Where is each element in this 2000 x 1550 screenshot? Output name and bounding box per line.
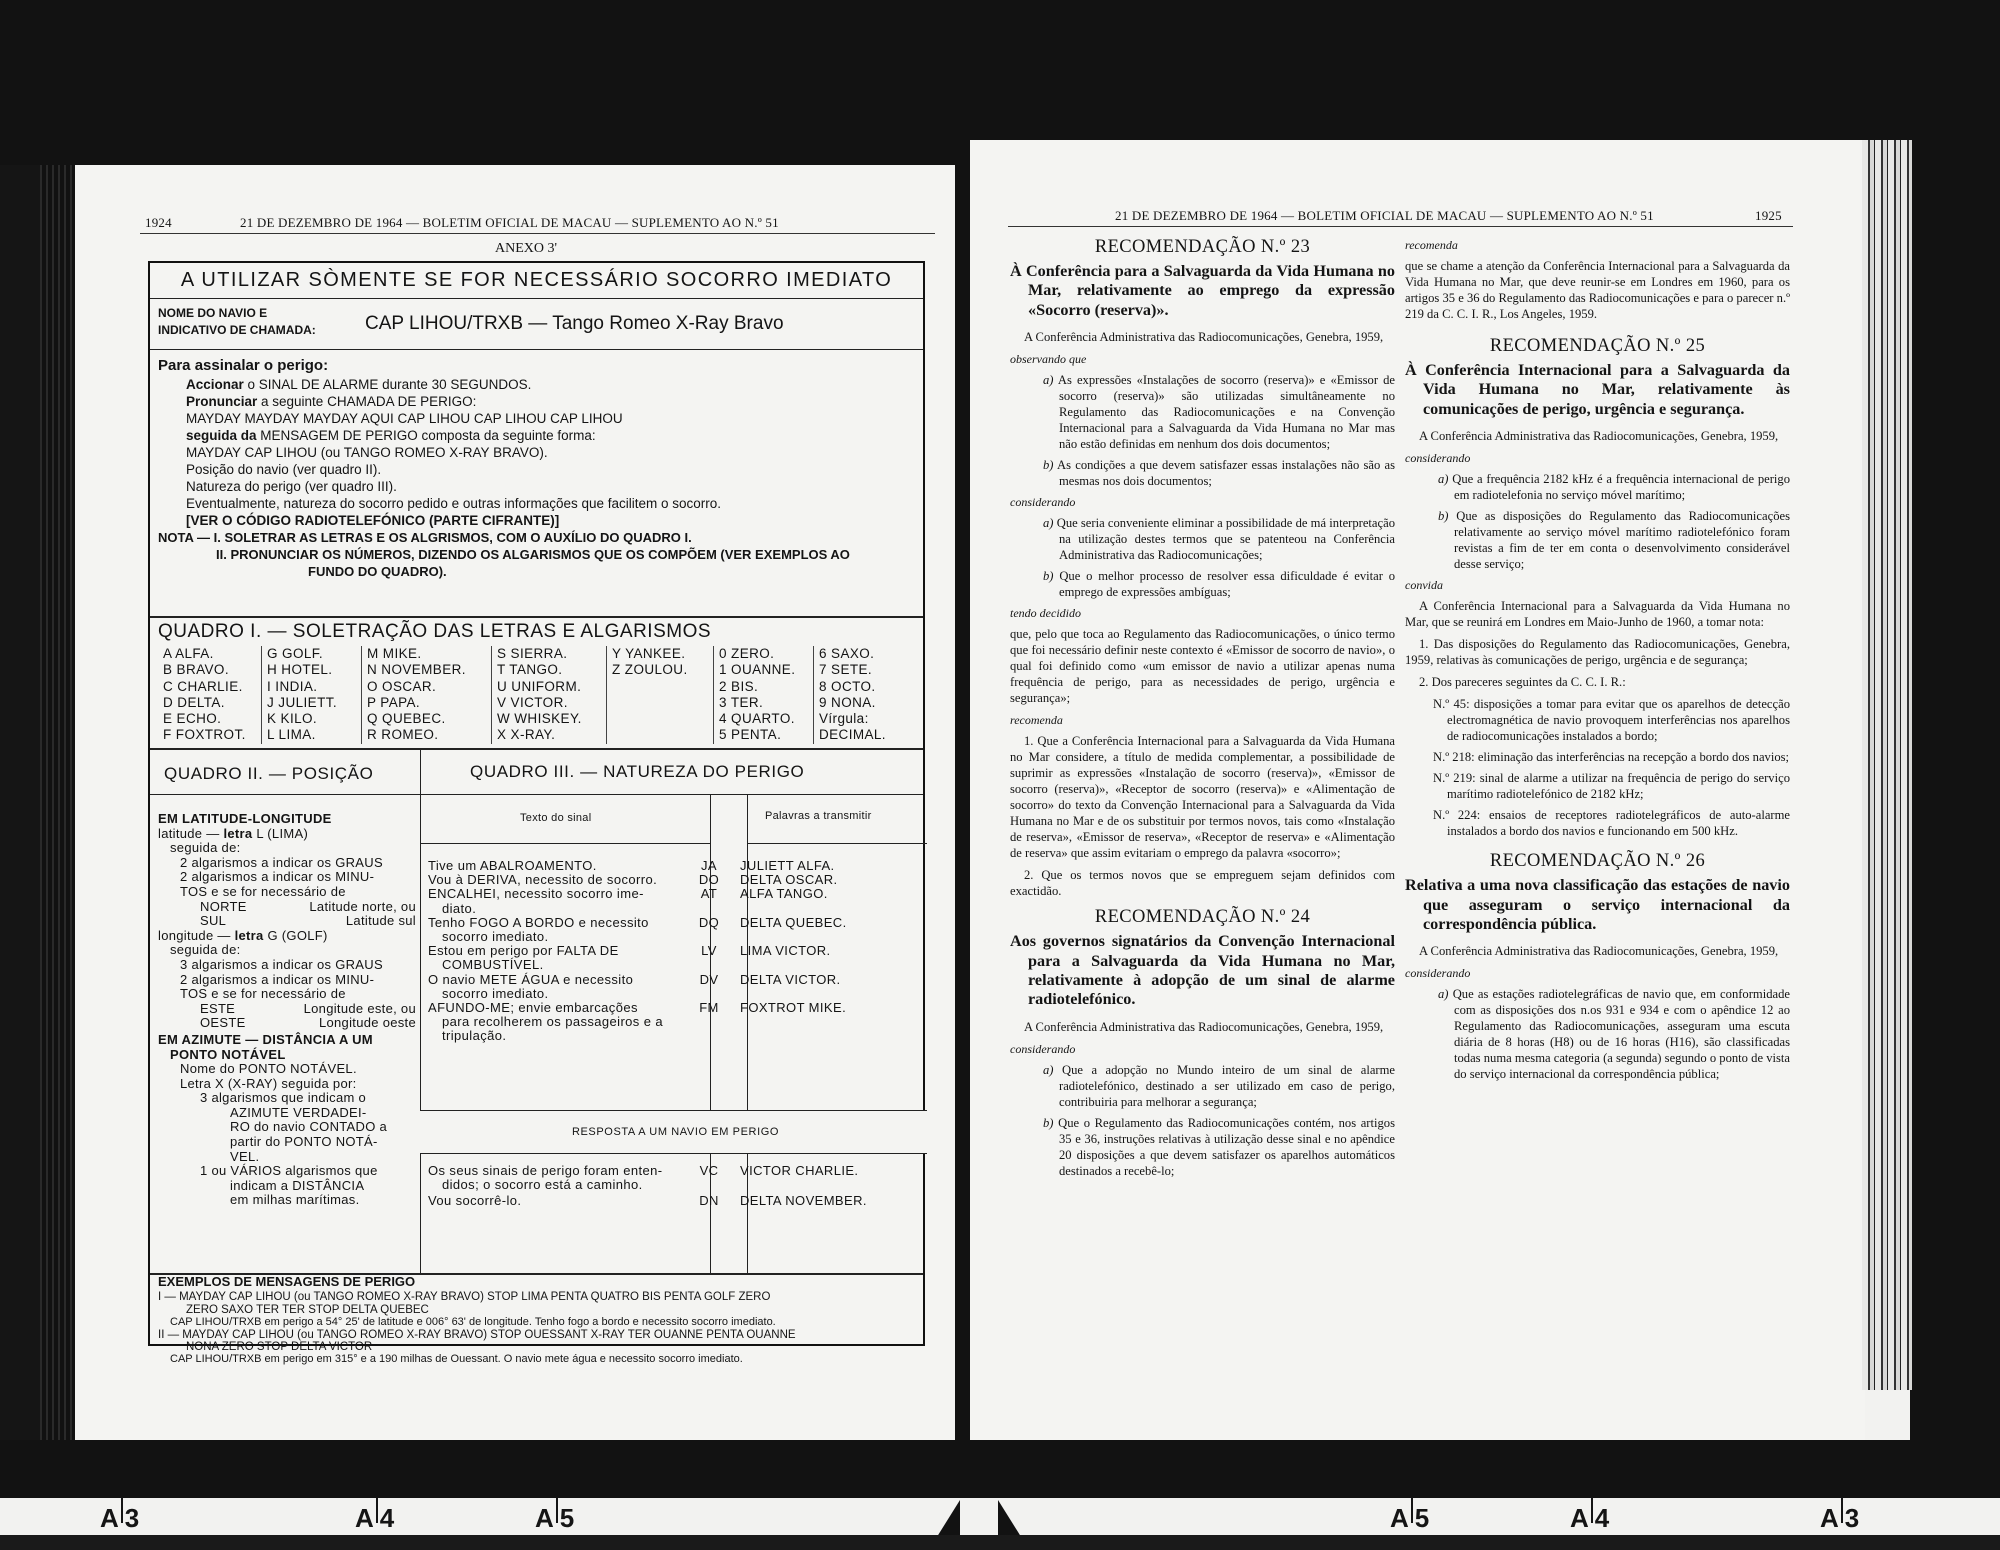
rec-25-title: À Conferência Internacional para a Salva…	[1405, 361, 1790, 419]
instruction-line: Posição do navio (ver quadro II).	[158, 461, 923, 478]
azimute-line: Letra X (X-RAY) seguida por:	[158, 1077, 416, 1092]
long-minutes: 2 algarismos a indicar os MINU-	[158, 973, 416, 988]
spine-gap	[962, 1498, 978, 1540]
tendo-decidido-label: tendo decidido	[1010, 605, 1395, 621]
right-running-head: 21 DE DEZEMBRO DE 1964 — BOLETIM OFICIAL…	[1115, 208, 1654, 224]
header-rule	[1008, 226, 1793, 227]
ship-label-line-2: INDICATIVO DE CHAMADA:	[158, 322, 316, 339]
este-row: ESTELongitude este, ou	[158, 1002, 416, 1017]
consideration-a: a) Que a frequência 2182 kHz é a frequên…	[1405, 471, 1790, 503]
instruction-line: [VER O CÓDIGO RADIOTELEFÓNICO (PARTE CIF…	[158, 512, 923, 529]
long-degrees: 3 algarismos a indicar os GRAUS	[158, 958, 416, 973]
signal-row: Vou à DERIVA, necessito de socorro.DODEL…	[428, 873, 923, 887]
rec-26-title: Relativa a uma nova classificação das es…	[1405, 876, 1790, 934]
spelling-column: A ALFA.B BRAVO.C CHARLIE.D DELTA.E ECHO.…	[158, 646, 262, 744]
response-heading: RESPOSTA A UM NAVIO EM PERIGO	[428, 1126, 923, 1138]
rec-24-number: RECOMENDAÇÃO N.º 24	[1010, 909, 1395, 925]
parecer-45: N.º 45: disposições a tomar para evitar …	[1405, 696, 1790, 744]
header-rule	[140, 233, 935, 234]
latlong-heading: EM LATITUDE-LONGITUDE	[158, 812, 416, 827]
recommendation-24-cont: recomenda que se chame a atenção da Conf…	[1405, 237, 1790, 322]
right-page: 21 DE DEZEMBRO DE 1964 — BOLETIM OFICIAL…	[970, 140, 1865, 1440]
annex-title: ANEXO 3'	[495, 241, 557, 257]
azimute-heading-cont: PONTO NOTÁVEL	[158, 1048, 416, 1063]
consideration-a: a) Que a adopção no Mundo inteiro de um …	[1010, 1062, 1395, 1110]
book-left-page-edges	[40, 165, 75, 1445]
note-2: II. PRONUNCIAR OS NÚMEROS, DIZENDO OS AL…	[158, 546, 923, 563]
decision-text: que, pelo que toca ao Regulamento das Ra…	[1010, 626, 1395, 706]
parecer-219: N.º 219: sinal de alarme a utilizar na f…	[1405, 770, 1790, 802]
rec-25-number: RECOMENDAÇÃO N.º 25	[1405, 338, 1790, 354]
danger-signals: Tive um ABALROAMENTO.JAJULIETT ALFA. Vou…	[428, 859, 923, 1044]
spelling-grid: A ALFA.B BRAVO.C CHARLIE.D DELTA.E ECHO.…	[158, 646, 906, 744]
form-banner: A UTILIZAR SÒMENTE SE FOR NECESSÁRIO SOC…	[150, 263, 923, 298]
azimute-heading: EM AZIMUTE — DISTÂNCIA A UM	[158, 1033, 416, 1048]
instruction-line: seguida da MENSAGEM DE PERIGO composta d…	[158, 427, 923, 444]
sul-row: SULLatitude sul	[158, 914, 416, 929]
rec-23-title: À Conferência para a Salvaguarda da Vida…	[1010, 262, 1395, 320]
divider	[747, 843, 927, 844]
rec-25-intro: A Conferência Administrativa das Radioco…	[1405, 428, 1790, 444]
film-marker: A3	[100, 1503, 139, 1534]
column-left: RECOMENDAÇÃO N.º 23 À Conferência para a…	[1010, 237, 1395, 1184]
rec-24-intro: A Conferência Administrativa das Radioco…	[1010, 1019, 1395, 1035]
considerando-label: considerando	[1405, 450, 1790, 466]
example-2: II — MAYDAY CAP LIHOU (ou TANGO ROMEO X-…	[158, 1329, 923, 1341]
latitude-line: latitude — letra L (LIMA)	[158, 827, 416, 842]
longitude-line: longitude — letra G (GOLF)	[158, 929, 416, 944]
lat-minutes: 2 algarismos a indicar os MINU-	[158, 870, 416, 885]
recommendation-25: RECOMENDAÇÃO N.º 25 À Conferência Intern…	[1405, 338, 1790, 839]
digit-column: 0 ZERO.1 OUANNE.2 BIS.3 TER.4 QUARTO.5 P…	[714, 646, 814, 744]
instruction-line: Eventualmente, natureza do socorro pedid…	[158, 495, 923, 512]
film-bottom-border	[0, 1440, 2000, 1498]
ship-label-line-1: NOME DO NAVIO E	[158, 305, 316, 322]
distress-instructions: Para assinalar o perigo: Accionar o SINA…	[158, 357, 923, 580]
spine-notch-right	[998, 1500, 1023, 1540]
azimute-line: 1 ou VÁRIOS algarismos que	[158, 1164, 416, 1179]
film-top-border-right	[960, 0, 2000, 140]
ship-call-sign: CAP LIHOU/TRXB — Tango Romeo X-Ray Bravo	[365, 313, 784, 335]
rec-26-intro: A Conferência Administrativa das Radioco…	[1405, 943, 1790, 959]
spelling-column: G GOLF.H HOTEL.I INDIA.J JULIETT.K KILO.…	[262, 646, 362, 744]
instructions-heading: Para assinalar o perigo:	[158, 357, 923, 374]
observation-b: b) As condições a que devem satisfazer e…	[1010, 457, 1395, 489]
azimute-line: partir do PONTO NOTÁ-	[158, 1135, 416, 1150]
observando-label: observando que	[1010, 351, 1395, 367]
signal-row: AFUNDO-ME; envie embarcaçõespara recolhe…	[428, 1001, 923, 1044]
considerando-label: considerando	[1010, 494, 1395, 510]
consideration-a: a) Que seria conveniente eliminar a poss…	[1010, 515, 1395, 563]
instruction-line: MAYDAY CAP LIHOU (ou TANGO ROMEO X-RAY B…	[158, 444, 923, 461]
azimute-line: 3 algarismos que indicam o	[158, 1091, 416, 1106]
quadro-1-spelling-table: QUADRO I. — SOLETRAÇÃO DAS LETRAS E ALGA…	[150, 618, 923, 748]
signal-row: Tive um ABALROAMENTO.JAJULIETT ALFA.	[428, 859, 923, 873]
recomenda-label: recomenda	[1405, 237, 1790, 253]
divider	[420, 843, 710, 844]
signal-row: Tenho FOGO A BORDO e necessitosocorro im…	[428, 916, 923, 944]
recommendation-point-1: 1. Que a Conferência Internacional para …	[1010, 733, 1395, 861]
left-page: 1924 21 DE DEZEMBRO DE 1964 — BOLETIM OF…	[75, 165, 955, 1440]
invitation-point-2: 2. Dos pareceres seguintes da C. C. I. R…	[1405, 674, 1790, 690]
recommendation-point-2: 2. Que os termos novos que se empreguem …	[1010, 867, 1395, 899]
book-right-page-edges	[1862, 140, 1912, 1390]
azimute-line: Nome do PONTO NOTÁVEL.	[158, 1062, 416, 1077]
example-1-cont: ZERO SAXO TER TER STOP DELTA QUEBEC	[158, 1304, 923, 1316]
divider	[150, 794, 923, 795]
azimute-line: indicam a DISTÂNCIA	[158, 1179, 416, 1194]
instruction-line: MAYDAY MAYDAY MAYDAY AQUI CAP LIHOU CAP …	[158, 410, 923, 427]
azimute-line: em milhas marítimas.	[158, 1193, 416, 1208]
seguida-de: seguida de:	[158, 943, 416, 958]
column-divider	[420, 750, 421, 1273]
invitation-point-1: 1. Das disposições do Regulamento das Ra…	[1405, 636, 1790, 668]
response-signals: Os seus sinais de perigo foram enten-did…	[428, 1164, 923, 1209]
spelling-column: M MIKE.N NOVEMBER.O OSCAR.P PAPA.Q QUEBE…	[362, 646, 492, 744]
quadro-2-title: QUADRO II. — POSIÇÃO	[164, 764, 373, 784]
divider	[420, 1153, 927, 1154]
distress-form: A UTILIZAR SÒMENTE SE FOR NECESSÁRIO SOC…	[148, 261, 925, 1346]
response-row: Os seus sinais de perigo foram enten-did…	[428, 1164, 923, 1192]
lat-minutes-cont: TOS e se for necessário de	[158, 885, 416, 900]
rec-23-number: RECOMENDAÇÃO N.º 23	[1010, 239, 1395, 255]
lat-degrees: 2 algarismos a indicar os GRAUS	[158, 856, 416, 871]
rec-24-recommendation: que se chame a atenção da Conferência In…	[1405, 258, 1790, 322]
seguida-de: seguida de:	[158, 841, 416, 856]
spelling-column: S SIERRA.T TANGO.U UNIFORM.V VICTOR.W WH…	[492, 646, 607, 744]
film-bottom-edge	[0, 1535, 2000, 1550]
ship-name-label: NOME DO NAVIO E INDICATIVO DE CHAMADA:	[158, 305, 316, 339]
recommendation-26: RECOMENDAÇÃO N.º 26 Relativa a uma nova …	[1405, 853, 1790, 1082]
note-3: FUNDO DO QUADRO).	[158, 563, 923, 580]
signal-row: Estou em perigo por FALTA DECOMBUSTÍVEL.…	[428, 944, 923, 972]
recommendation-24: RECOMENDAÇÃO N.º 24 Aos governos signatá…	[1010, 909, 1395, 1179]
rec-23-intro: A Conferência Administrativa das Radioco…	[1010, 329, 1395, 345]
azimute-line: RO do navio CONTADO a	[158, 1120, 416, 1135]
oeste-row: OESTELongitude oeste	[158, 1016, 416, 1031]
example-2-cont: NONA ZERO STOP DELTA VICTOR	[158, 1341, 923, 1353]
recommendation-23: RECOMENDAÇÃO N.º 23 À Conferência para a…	[1010, 239, 1395, 899]
column-right: recomenda que se chame a atenção da Conf…	[1405, 237, 1790, 1087]
considerando-label: considerando	[1405, 965, 1790, 981]
instruction-line: Natureza do perigo (ver quadro III).	[158, 478, 923, 495]
divider	[150, 349, 923, 350]
norte-row: NORTELatitude norte, ou	[158, 900, 416, 915]
instruction-line: Pronunciar a seguinte CHAMADA DE PERIGO:	[158, 393, 923, 410]
azimute-line: VEL.	[158, 1150, 416, 1165]
observation-a: a) As expressões «Instalações de socorro…	[1010, 372, 1395, 452]
examples-heading: EXEMPLOS DE MENSAGENS DE PERIGO	[158, 1276, 923, 1288]
film-marker: A5	[1390, 1503, 1429, 1534]
consideration-b: b) Que as disposições do Regulamento das…	[1405, 508, 1790, 572]
example-1: I — MAYDAY CAP LIHOU (ou TANGO ROMEO X-R…	[158, 1291, 923, 1303]
rec-26-number: RECOMENDAÇÃO N.º 26	[1405, 853, 1790, 869]
considerando-label: considerando	[1010, 1041, 1395, 1057]
spine-notch-left	[935, 1500, 960, 1540]
spelling-column: Y YANKEE.Z ZOULOU.	[607, 646, 714, 744]
col-words-header: Palavras a transmitir	[765, 810, 872, 822]
quadro-3-title: QUADRO III. — NATUREZA DO PERIGO	[470, 762, 804, 782]
divider	[150, 298, 923, 299]
film-marker: A5	[535, 1503, 574, 1534]
digit-column: 6 SAXO.7 SETE.8 OCTO.9 NONA.Vírgula:DECI…	[814, 646, 906, 744]
recomenda-label: recomenda	[1010, 712, 1395, 728]
consideration-b: b) Que o Regulamento das Radiocomunicaçõ…	[1010, 1115, 1395, 1179]
signal-row: ENCALHEI, necessito socorro ime-diato.AT…	[428, 887, 923, 915]
parecer-224: N.º 224: ensaios de receptores radiotele…	[1405, 807, 1790, 839]
instruction-line: Accionar o SINAL DE ALARME durante 30 SE…	[158, 376, 923, 393]
left-running-head: 21 DE DEZEMBRO DE 1964 — BOLETIM OFICIAL…	[240, 215, 779, 231]
quadro-2-position: EM LATITUDE-LONGITUDE latitude — letra L…	[158, 812, 416, 1208]
film-marker: A4	[355, 1503, 394, 1534]
response-row: Vou socorrê-lo.DNDELTA NOVEMBER.	[428, 1194, 923, 1208]
right-page-number: 1925	[1755, 208, 1782, 224]
signal-row: O navio METE ÁGUA e necessitosocorro ime…	[428, 973, 923, 1001]
invitation-text: A Conferência Internacional para a Salva…	[1405, 598, 1790, 630]
convida-label: convida	[1405, 577, 1790, 593]
consideration-a: a) Que as estações radiotelegráficas de …	[1405, 986, 1790, 1082]
quadros-2-3: QUADRO II. — POSIÇÃO QUADRO III. — NATUR…	[150, 750, 923, 1280]
parecer-218: N.º 218: eliminação das interferências n…	[1405, 749, 1790, 765]
book-right-edge	[1910, 135, 2000, 1455]
note-block: NOTA — I. SOLETRAR AS LETRAS E OS ALGRIS…	[158, 529, 923, 580]
example-2-translation: CAP LIHOU/TRXB em perigo em 315° e a 190…	[158, 1353, 923, 1365]
rec-24-title: Aos governos signatários da Convenção In…	[1010, 932, 1395, 1010]
quadro-1-title: QUADRO I. — SOLETRAÇÃO DAS LETRAS E ALGA…	[158, 621, 711, 643]
film-marker: A3	[1820, 1503, 1859, 1534]
note-1: NOTA — I. SOLETRAR AS LETRAS E OS ALGRIS…	[158, 529, 923, 546]
film-marker: A4	[1570, 1503, 1609, 1534]
distress-examples: EXEMPLOS DE MENSAGENS DE PERIGO I — MAYD…	[158, 1276, 923, 1366]
example-1-translation: CAP LIHOU/TRXB em perigo a 54° 25' de la…	[158, 1316, 923, 1328]
col-text-header: Texto do sinal	[520, 812, 591, 824]
left-page-number: 1924	[145, 215, 172, 231]
book-spine	[955, 165, 970, 1455]
long-minutes-cont: TOS e se for necessário de	[158, 987, 416, 1002]
consideration-b: b) Que o melhor processo de resolver ess…	[1010, 568, 1395, 600]
azimute-line: AZIMUTE VERDADEI-	[158, 1106, 416, 1121]
